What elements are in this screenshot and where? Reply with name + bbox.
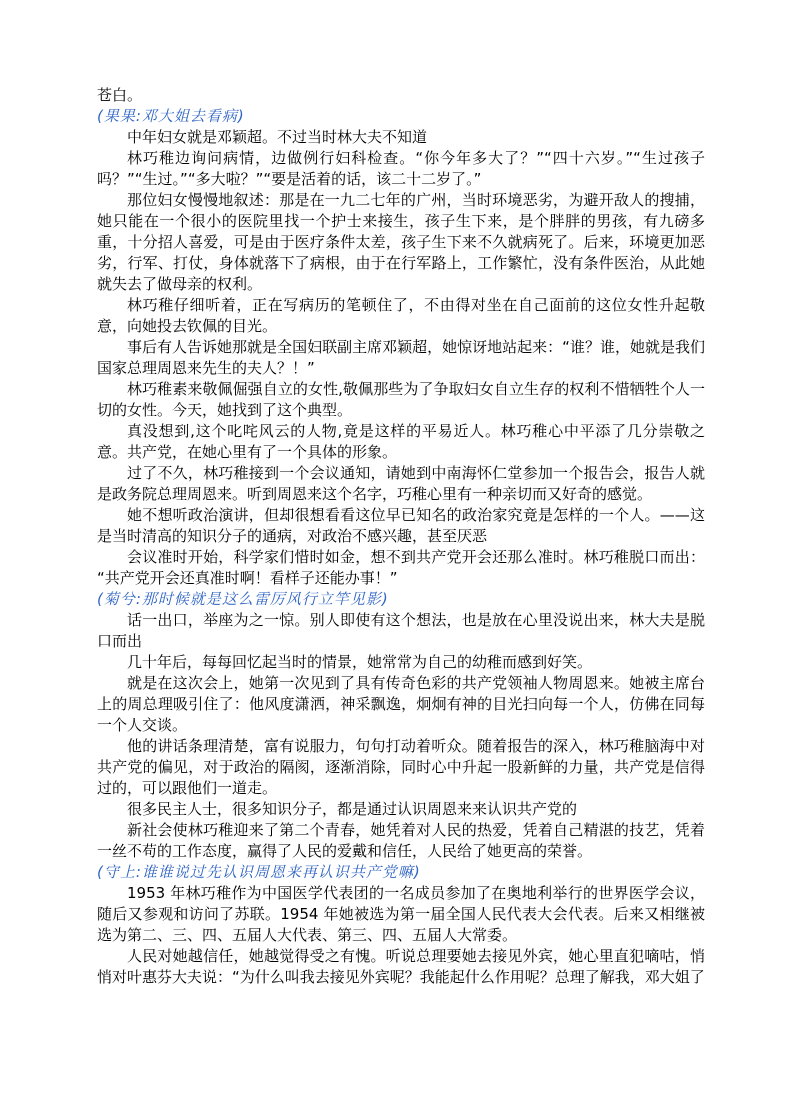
paragraph: 他的讲话条理清楚，富有说服力，句句打动着听众。随着报告的深入，林巧稚脑海中对共产… xyxy=(97,736,705,799)
paragraph: 事后有人告诉她那就是全国妇联副主席邓颖超，她惊讶地站起来：“谁？谁，她就是我们国… xyxy=(97,337,705,379)
paragraph: 林巧稚边询问病情，边做例行妇科检查。“你今年多大了？”“四十六岁。”“生过孩子吗… xyxy=(97,148,705,190)
paragraph: 1953 年林巧稚作为中国医学代表团的一名成员参加了在奥地利举行的世界医学会议，… xyxy=(97,883,705,946)
paragraph: 很多民主人士，很多知识分子，都是通过认识周恩来来认识共产党的 xyxy=(97,799,705,820)
paragraph: 她不想听政治演讲，但却很想看看这位早已知名的政治家究竟是怎样的一个人。——这是当… xyxy=(97,505,705,547)
paragraph: 话一出口，举座为之一惊。别人即使有这个想法，也是放在心里没说出来，林大夫是脱口而… xyxy=(97,610,705,652)
reader-annotation: (菊兮:那时候就是这么雷厉风行立竿见影) xyxy=(97,589,705,610)
paragraph: 会议准时开始，科学家们惜时如金，想不到共产党开会还那么准时。林巧稚脱口而出：“共… xyxy=(97,547,705,589)
paragraph: 中年妇女就是邓颖超。不过当时林大夫不知道 xyxy=(97,127,705,148)
paragraph: 新社会使林巧稚迎来了第二个青春，她凭着对人民的热爱，凭着自己精湛的技艺，凭着一丝… xyxy=(97,820,705,862)
paragraph: 过了不久，林巧稚接到一个会议通知，请她到中南海怀仁堂参加一个报告会，报告人就是政… xyxy=(97,463,705,505)
paragraph: 人民对她越信任，她越觉得受之有愧。听说总理要她去接见外宾，她心里直犯嘀咕，悄悄对… xyxy=(97,946,705,988)
document-page: 苍白。(果果:邓大姐去看病)中年妇女就是邓颖超。不过当时林大夫不知道林巧稚边询问… xyxy=(0,0,800,1100)
paragraph: 真没想到,这个叱咤风云的人物,竟是这样的平易近人。林巧稚心中平添了几分崇敬之意。… xyxy=(97,421,705,463)
paragraph: 林巧稚仔细听着，正在写病历的笔顿住了，不由得对坐在自己面前的这位女性升起敬意，向… xyxy=(97,295,705,337)
document-body: 苍白。(果果:邓大姐去看病)中年妇女就是邓颖超。不过当时林大夫不知道林巧稚边询问… xyxy=(97,85,705,988)
reader-annotation: (守上:谁谁说过先认识周恩来再认识共产党嘛) xyxy=(97,862,705,883)
paragraph: 几十年后，每每回忆起当时的情景，她常常为自己的幼稚而感到好笑。 xyxy=(97,652,705,673)
paragraph: 林巧稚素来敬佩倔强自立的女性,敬佩那些为了争取妇女自立生存的权利不惜牺牲个人一切… xyxy=(97,379,705,421)
paragraph: 那位妇女慢慢地叙述：那是在一九二七年的广州，当时环境恶劣，为避开敌人的搜捕，她只… xyxy=(97,190,705,295)
reader-annotation: (果果:邓大姐去看病) xyxy=(97,106,705,127)
paragraph: 就是在这次会上，她第一次见到了具有传奇色彩的共产党领袖人物周恩来。她被主席台上的… xyxy=(97,673,705,736)
paragraph: 苍白。 xyxy=(97,85,705,106)
